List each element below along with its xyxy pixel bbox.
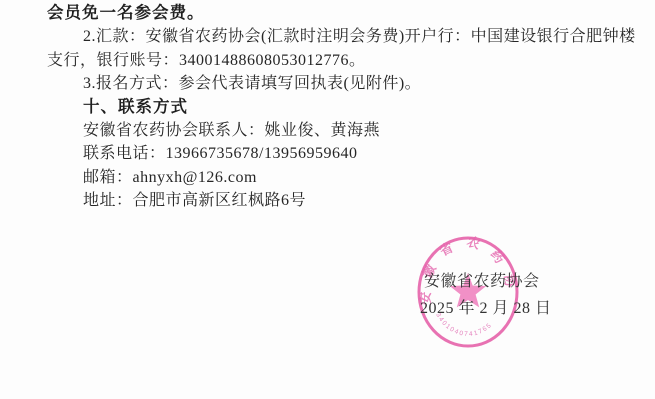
line-contact-email: 邮箱：ahnyxh@126.com [47,166,627,189]
heading-contact-info: 十、联系方式 [47,96,627,119]
line-contact-address: 地址：合肥市高新区红枫路6号 [47,189,627,212]
official-seal-icon: 安徽省农药协会 3401040741765 [398,224,558,364]
seal-serial-number: 3401040741765 [434,312,493,338]
line-remittance-2: 支行，银行账号：34001488608053012776。 [47,49,627,72]
document-text: 会员免一名参会费。 2.汇款：安徽省农药协会(汇款时注明会务费)开户行：中国建设… [47,2,627,213]
signature-org-name: 安徽省农药协会 [424,268,540,291]
star-icon [450,273,486,307]
line-registration: 3.报名方式：参会代表请填写回执表(见附件)。 [47,72,627,95]
seal-ring-text: 安徽省农药协会 [398,224,519,305]
line-contact-phone: 联系电话：13966735678/13956959640 [47,142,627,165]
seal-ring [419,238,517,346]
line-contact-person: 安徽省农药协会联系人：姚业俊、黄海燕 [47,119,627,142]
signature-date: 2025 年 2 月 28 日 [420,295,552,318]
line-remittance-1: 2.汇款：安徽省农药协会(汇款时注明会务费)开户行：中国建设银行合肥钟楼 [47,25,627,48]
document-page: 会员免一名参会费。 2.汇款：安徽省农药协会(汇款时注明会务费)开户行：中国建设… [0,0,655,399]
line-member-fee: 会员免一名参会费。 [47,2,627,25]
